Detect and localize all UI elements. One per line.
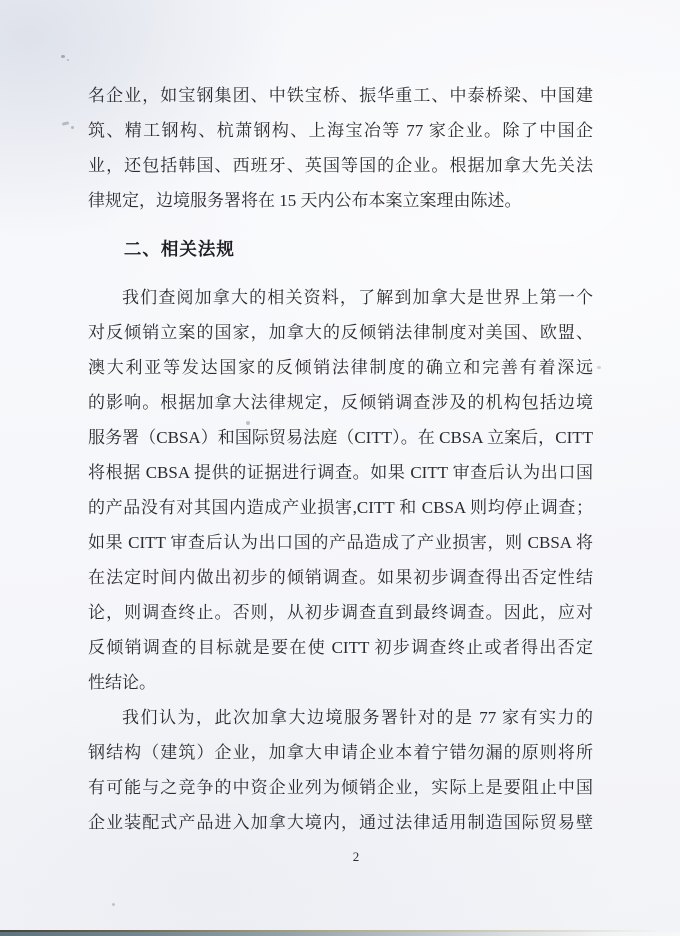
text-line: 论，则调查终止。否则，从初步调查直到最终调查。因此，应对 (88, 595, 593, 630)
text-line: 我们认为，此次加拿大边境服务署针对的是 77 家有实力的 (88, 700, 593, 735)
text-line: 名企业，如宝钢集团、中铁宝桥、振华重工、中泰桥梁、中国建 (88, 78, 593, 113)
scanned-page: 名企业，如宝钢集团、中铁宝桥、振华重工、中泰桥梁、中国建筑、精工钢构、杭萧钢构、… (0, 0, 680, 936)
scan-speck (71, 126, 74, 129)
scan-bottom-edge-band (0, 932, 680, 936)
paragraph-named-companies: 名企业，如宝钢集团、中铁宝桥、振华重工、中泰桥梁、中国建筑、精工钢构、杭萧钢构、… (88, 78, 593, 218)
document-body: 名企业，如宝钢集团、中铁宝桥、振华重工、中泰桥梁、中国建筑、精工钢构、杭萧钢构、… (88, 78, 593, 840)
paragraph-legal-framework: 我们查阅加拿大的相关资料，了解到加拿大是世界上第一个对反倾销立案的国家，加拿大的… (88, 280, 593, 700)
text-line: 钢结构（建筑）企业，加拿大申请企业本着宁错勿漏的原则将所 (88, 735, 593, 770)
text-line: 的影响。根据加拿大法律规定，反倾销调查涉及的机构包括边境 (88, 385, 593, 420)
text-line: 在法定时间内做出初步的倾销调查。如果初步调查得出否定性结 (88, 560, 593, 595)
text-line: 性结论。 (88, 665, 593, 700)
section-heading: 二、相关法规 (88, 232, 593, 267)
text-line: 服务署（CBSA）和国际贸易法庭（CITT）。在 CBSA 立案后，CITT (88, 420, 593, 455)
scan-speck (67, 59, 69, 61)
text-line: 律规定，边境服务署将在 15 天内公布本案立案理由陈述。 (88, 183, 593, 218)
page-number: 2 (16, 849, 680, 865)
text-line: 将根据 CBSA 提供的证据进行调查。如果 CITT 审查后认为出口国 (88, 455, 593, 490)
text-line: 我们查阅加拿大的相关资料，了解到加拿大是世界上第一个 (88, 280, 593, 315)
scan-speck (62, 121, 69, 125)
scan-speck (112, 903, 115, 906)
text-line: 有可能与之竞争的中资企业列为倾销企业，实际上是要阻止中国 (88, 770, 593, 805)
text-line: 的产品没有对其国内造成产业损害,CITT 和 CBSA 则均停止调查； (88, 490, 593, 525)
scan-speck (61, 55, 65, 58)
text-line: 筑、精工钢构、杭萧钢构、上海宝冶等 77 家企业。除了中国企 (88, 113, 593, 148)
text-line: 如果 CITT 审查后认为出口国的产品造成了产业损害，则 CBSA 将 (88, 525, 593, 560)
paragraph-opinion: 我们认为，此次加拿大边境服务署针对的是 77 家有实力的钢结构（建筑）企业，加拿… (88, 700, 593, 840)
text-line: 企业装配式产品进入加拿大境内，通过法律适用制造国际贸易壁 (88, 805, 593, 840)
text-line: 对反倾销立案的国家，加拿大的反倾销法律制度对美国、欧盟、 (88, 315, 593, 350)
scan-speck (597, 366, 601, 369)
text-line: 业，还包括韩国、西班牙、英国等国的企业。根据加拿大先关法 (88, 148, 593, 183)
text-line: 反倾销调查的目标就是要在使 CITT 初步调查终止或者得出否定 (88, 630, 593, 665)
text-line: 澳大利亚等发达国家的反倾销法律制度的确立和完善有着深远 (88, 350, 593, 385)
